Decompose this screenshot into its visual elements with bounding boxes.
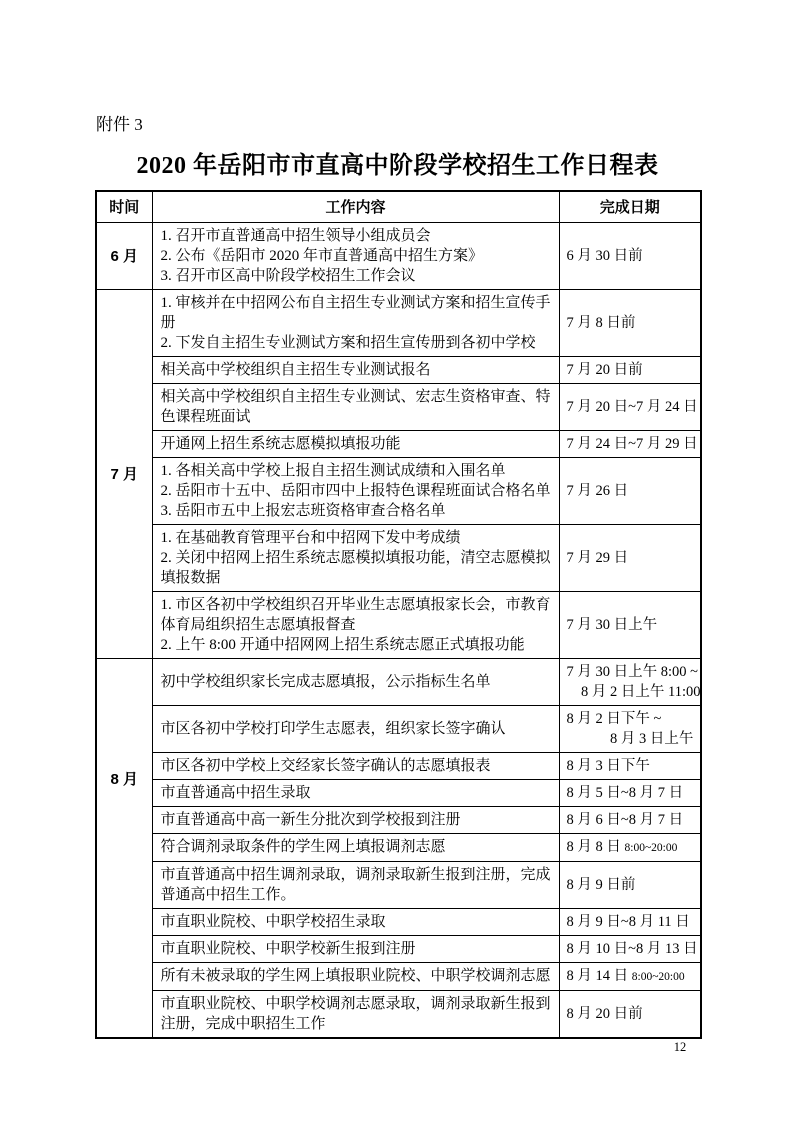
table-row: 相关高中学校组织自主招生专业测试报名7 月 20 日前 xyxy=(96,356,701,383)
task-content-cell: 所有未被录取的学生网上填报职业院校、中职学校调剂志愿 xyxy=(152,962,559,990)
attachment-label: 附件 3 xyxy=(96,110,143,135)
table-row: 符合调剂录取条件的学生网上填报调剂志愿8 月 8 日 8:00~20:00 xyxy=(96,833,701,861)
task-content-cell: 市直职业院校、中职学校新生报到注册 xyxy=(152,935,559,962)
month-cell: 6 月 xyxy=(96,222,152,289)
month-cell: 7 月 xyxy=(96,289,152,658)
task-content-cell: 1. 市区各初中学校组织召开毕业生志愿填报家长会，市教育体育局组织招生志愿填报督… xyxy=(152,591,559,658)
page-number: 12 xyxy=(666,1040,694,1055)
table-row: 市直普通高中招生调剂录取，调剂录取新生报到注册，完成普通高中招生工作。8 月 9… xyxy=(96,861,701,908)
date-cell: 8 月 10 日~8 月 13 日 xyxy=(559,935,701,962)
table-row: 开通网上招生系统志愿模拟填报功能7 月 24 日~7 月 29 日 xyxy=(96,430,701,457)
task-content-cell: 相关高中学校组织自主招生专业测试、宏志生资格审查、特色课程班面试 xyxy=(152,383,559,430)
table-row: 市区各初中学校上交经家长签字确认的志愿填报表8 月 3 日下午 xyxy=(96,752,701,779)
task-content-cell: 开通网上招生系统志愿模拟填报功能 xyxy=(152,430,559,457)
date-cell: 6 月 30 日前 xyxy=(559,222,701,289)
date-cell: 7 月 20 日前 xyxy=(559,356,701,383)
table-row: 7 月1. 审核并在中招网公布自主招生专业测试方案和招生宣传手册 2. 下发自主… xyxy=(96,289,701,356)
date-cell: 7 月 29 日 xyxy=(559,524,701,591)
table-row: 市直普通高中招生录取8 月 5 日~8 月 7 日 xyxy=(96,779,701,806)
task-content-cell: 市直职业院校、中职学校招生录取 xyxy=(152,908,559,935)
table-row: 市直普通高中高一新生分批次到学校报到注册8 月 6 日~8 月 7 日 xyxy=(96,806,701,833)
task-content-cell: 1. 在基础教育管理平台和中招网下发中考成绩 2. 关闭中招网上招生系统志愿模拟… xyxy=(152,524,559,591)
date-cell: 7 月 30 日上午 8:00 ~ 8 月 2 日上午 11:00 xyxy=(559,658,701,705)
table-row: 1. 市区各初中学校组织召开毕业生志愿填报家长会，市教育体育局组织招生志愿填报督… xyxy=(96,591,701,658)
table-row: 1. 各相关高中学校上报自主招生测试成绩和入围名单 2. 岳阳市十五中、岳阳市四… xyxy=(96,457,701,524)
table-row: 1. 在基础教育管理平台和中招网下发中考成绩 2. 关闭中招网上招生系统志愿模拟… xyxy=(96,524,701,591)
task-content-cell: 市直普通高中招生录取 xyxy=(152,779,559,806)
task-content-cell: 1. 各相关高中学校上报自主招生测试成绩和入围名单 2. 岳阳市十五中、岳阳市四… xyxy=(152,457,559,524)
task-content-cell: 市区各初中学校打印学生志愿表，组织家长签字确认 xyxy=(152,705,559,752)
month-cell: 8 月 xyxy=(96,658,152,1038)
date-cell: 8 月 2 日下午 ~ 8 月 3 日上午 xyxy=(559,705,701,752)
task-content-cell: 市直普通高中高一新生分批次到学校报到注册 xyxy=(152,806,559,833)
table-row: 市区各初中学校打印学生志愿表，组织家长签字确认8 月 2 日下午 ~ 8 月 3… xyxy=(96,705,701,752)
task-content-cell: 1. 召开市直普通高中招生领导小组成员会 2. 公布《岳阳市 2020 年市直普… xyxy=(152,222,559,289)
date-cell: 8 月 3 日下午 xyxy=(559,752,701,779)
col-header-content: 工作内容 xyxy=(152,191,559,222)
date-time-range: 8:00~20:00 xyxy=(632,971,685,983)
date-cell: 8 月 9 日前 xyxy=(559,861,701,908)
task-content-cell: 市区各初中学校上交经家长签字确认的志愿填报表 xyxy=(152,752,559,779)
date-time-range: 8:00~20:00 xyxy=(625,842,678,854)
date-cell: 7 月 30 日上午 xyxy=(559,591,701,658)
table-row: 6 月1. 召开市直普通高中招生领导小组成员会 2. 公布《岳阳市 2020 年… xyxy=(96,222,701,289)
date-cell: 7 月 8 日前 xyxy=(559,289,701,356)
task-content-cell: 相关高中学校组织自主招生专业测试报名 xyxy=(152,356,559,383)
task-content-cell: 初中学校组织家长完成志愿填报，公示指标生名单 xyxy=(152,658,559,705)
task-content-cell: 市直普通高中招生调剂录取，调剂录取新生报到注册，完成普通高中招生工作。 xyxy=(152,861,559,908)
table-row: 相关高中学校组织自主招生专业测试、宏志生资格审查、特色课程班面试7 月 20 日… xyxy=(96,383,701,430)
table-row: 市直职业院校、中职学校招生录取8 月 9 日~8 月 11 日 xyxy=(96,908,701,935)
date-cell: 7 月 26 日 xyxy=(559,457,701,524)
date-cell: 8 月 20 日前 xyxy=(559,990,701,1038)
table-row: 市直职业院校、中职学校新生报到注册8 月 10 日~8 月 13 日 xyxy=(96,935,701,962)
date-cell: 8 月 14 日 8:00~20:00 xyxy=(559,962,701,990)
table-row: 所有未被录取的学生网上填报职业院校、中职学校调剂志愿8 月 14 日 8:00~… xyxy=(96,962,701,990)
schedule-table: 时间 工作内容 完成日期 6 月1. 召开市直普通高中招生领导小组成员会 2. … xyxy=(95,190,702,1039)
col-header-time: 时间 xyxy=(96,191,152,222)
table-row: 8 月初中学校组织家长完成志愿填报，公示指标生名单7 月 30 日上午 8:00… xyxy=(96,658,701,705)
table-row: 市直职业院校、中职学校调剂志愿录取，调剂录取新生报到注册，完成中职招生工作8 月… xyxy=(96,990,701,1038)
task-content-cell: 1. 审核并在中招网公布自主招生专业测试方案和招生宣传手册 2. 下发自主招生专… xyxy=(152,289,559,356)
task-content-cell: 符合调剂录取条件的学生网上填报调剂志愿 xyxy=(152,833,559,861)
page-title: 2020 年岳阳市市直高中阶段学校招生工作日程表 xyxy=(95,145,700,180)
task-content-cell: 市直职业院校、中职学校调剂志愿录取，调剂录取新生报到注册，完成中职招生工作 xyxy=(152,990,559,1038)
schedule-table-body: 6 月1. 召开市直普通高中招生领导小组成员会 2. 公布《岳阳市 2020 年… xyxy=(96,222,701,1038)
col-header-date: 完成日期 xyxy=(559,191,701,222)
date-cell: 7 月 24 日~7 月 29 日 xyxy=(559,430,701,457)
date-cell: 8 月 5 日~8 月 7 日 xyxy=(559,779,701,806)
date-cell: 8 月 9 日~8 月 11 日 xyxy=(559,908,701,935)
date-cell: 8 月 8 日 8:00~20:00 xyxy=(559,833,701,861)
header-row: 时间 工作内容 完成日期 xyxy=(96,191,701,222)
date-cell: 8 月 6 日~8 月 7 日 xyxy=(559,806,701,833)
date-cell: 7 月 20 日~7 月 24 日 xyxy=(559,383,701,430)
